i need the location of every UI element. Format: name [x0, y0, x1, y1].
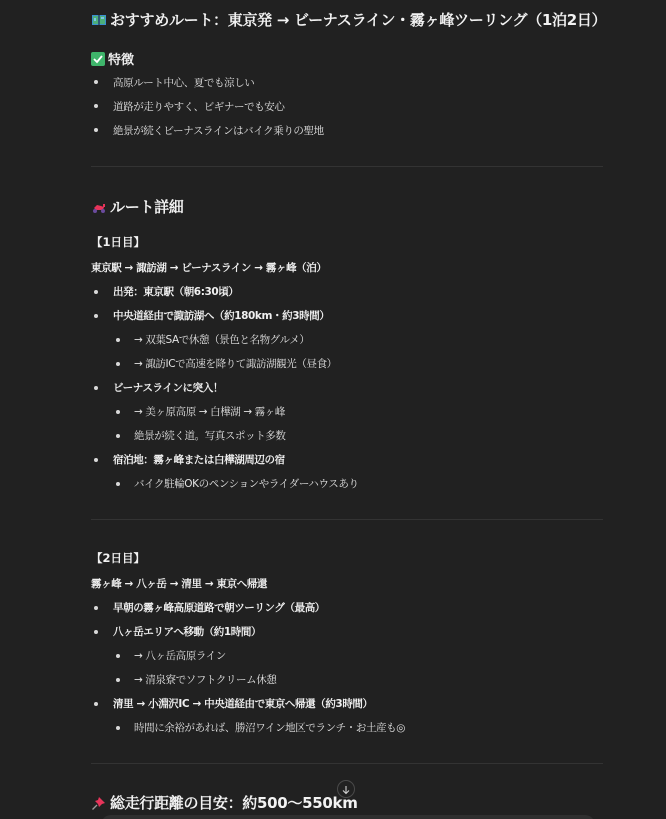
motorcycle-icon	[91, 199, 107, 215]
day2-label: 【2日目】	[91, 550, 145, 566]
day1-item: ビーナスラインに突入！	[113, 380, 223, 395]
day2-route: 霧ヶ峰 → 八ヶ岳 → 清里 → 東京へ帰還	[91, 576, 267, 591]
route-title: おすすめルート：東京発 → ビーナスライン・霧ヶ峰ツーリング（1泊2日）	[91, 9, 606, 30]
bullet-icon	[94, 606, 98, 610]
day2-item: 八ヶ岳エリアへ移動（約1時間）	[113, 624, 261, 639]
day1-subitem: バイク駐輪OKのペンションやライダーハウスあり	[134, 476, 359, 491]
day1-label: 【1日目】	[91, 234, 145, 250]
day1-route: 東京駅 → 諏訪湖 → ビーナスライン → 霧ヶ峰（泊）	[91, 260, 326, 275]
bullet-icon	[94, 314, 98, 318]
bullet-icon	[116, 338, 120, 342]
day2-subitem: 時間に余裕があれば、勝沼ワイン地区でランチ・お土産も◎	[134, 720, 405, 735]
feature-item: 道路が走りやすく、ビギナーでも安心	[113, 99, 285, 114]
day2-subitem: → 清泉寮でソフトクリーム休憩	[134, 672, 276, 687]
route-details-heading: ルート詳細	[91, 196, 184, 217]
bullet-icon	[116, 482, 120, 486]
bullet-icon	[116, 654, 120, 658]
bullet-icon	[94, 702, 98, 706]
bullet-icon	[94, 290, 98, 294]
arrow-down-icon	[341, 780, 351, 799]
bullet-icon	[94, 458, 98, 462]
route-details-heading-text: ルート詳細	[110, 196, 184, 217]
bullet-icon	[94, 386, 98, 390]
section-divider	[91, 763, 603, 764]
bullet-icon	[116, 362, 120, 366]
day1-subitem: → 双葉SAで休憩（景色と名物グルメ）	[134, 332, 309, 347]
check-mark-icon	[91, 52, 105, 66]
map-book-icon	[91, 12, 107, 28]
total-distance-text: 総走行距離の目安：約500〜550km	[110, 792, 358, 813]
day1-subitem: → 諏訪ICで高速を降りて諏訪湖観光（昼食）	[134, 356, 337, 371]
day2-item: 早朝の霧ヶ峰高原道路で朝ツーリング（最高）	[113, 600, 325, 615]
features-heading: 特徴	[91, 49, 134, 68]
message-input-bar[interactable]	[101, 815, 595, 819]
bullet-icon	[94, 80, 98, 84]
total-distance-heading: 総走行距離の目安：約500〜550km	[91, 792, 358, 813]
feature-item: 高原ルート中心、夏でも涼しい	[113, 75, 254, 90]
day2-subitem: → 八ヶ岳高原ライン	[134, 648, 226, 663]
bullet-icon	[116, 678, 120, 682]
day2-item: 清里 → 小淵沢IC → 中央道経由で東京へ帰還（約3時間）	[113, 696, 373, 711]
bullet-icon	[116, 410, 120, 414]
bullet-icon	[94, 104, 98, 108]
bullet-icon	[116, 434, 120, 438]
bullet-icon	[94, 128, 98, 132]
day1-item: 中央道経由で諏訪湖へ（約180km・約3時間）	[113, 308, 329, 323]
day1-item: 出発：東京駅（朝6:30頃）	[113, 284, 239, 299]
pushpin-icon	[91, 795, 107, 811]
bullet-icon	[116, 726, 120, 730]
feature-item: 絶景が続くビーナスラインはバイク乗りの聖地	[113, 123, 324, 138]
day1-subitem: 絶景が続く道。写真スポット多数	[134, 428, 286, 443]
section-divider	[91, 519, 603, 520]
route-title-text: おすすめルート：東京発 → ビーナスライン・霧ヶ峰ツーリング（1泊2日）	[110, 9, 606, 30]
features-heading-text: 特徴	[108, 49, 134, 68]
day1-item: 宿泊地：霧ヶ峰または白樺湖周辺の宿	[113, 452, 285, 467]
section-divider	[91, 166, 603, 167]
bullet-icon	[94, 630, 98, 634]
scroll-down-button[interactable]	[337, 780, 355, 798]
day1-subitem: → 美ヶ原高原 → 白樺湖 → 霧ヶ峰	[134, 404, 285, 419]
